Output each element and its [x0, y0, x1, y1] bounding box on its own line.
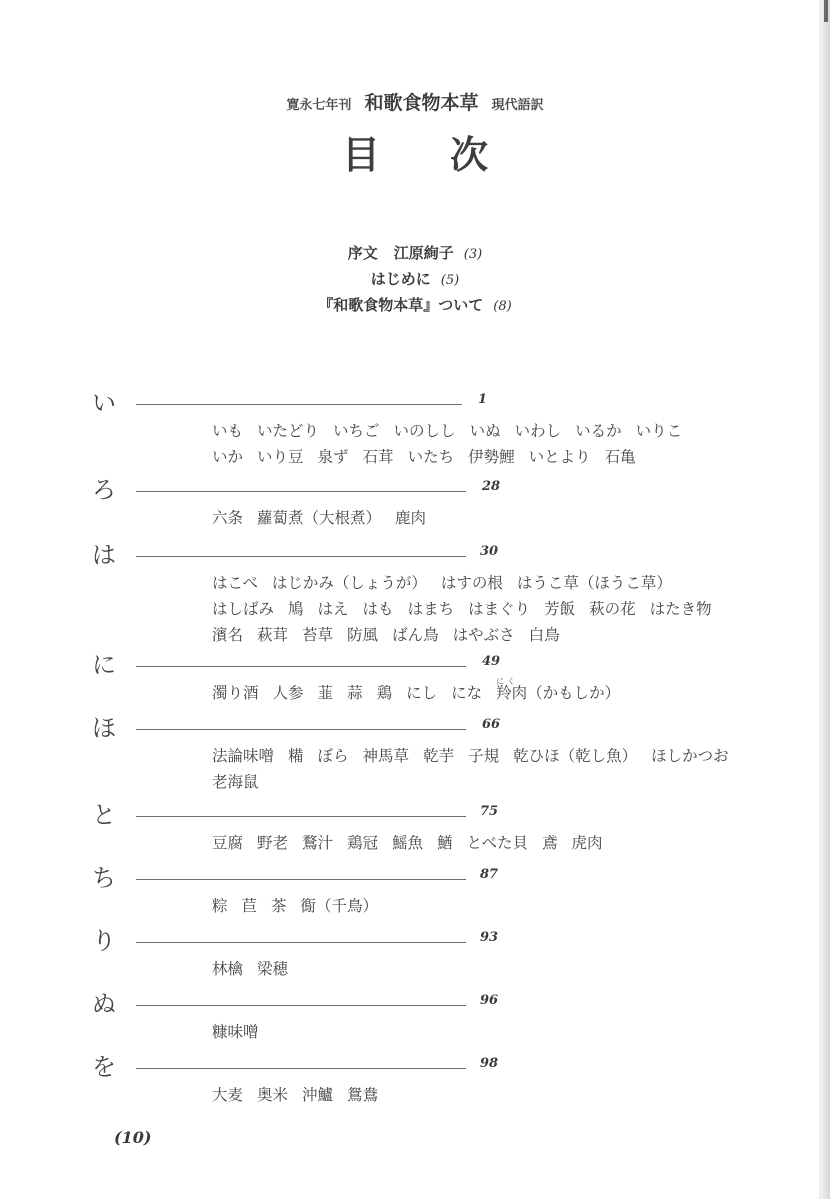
section-page-number[interactable]: 93 [480, 930, 498, 945]
food-item[interactable]: いたち [408, 444, 455, 470]
food-item[interactable]: 石亀 [605, 444, 636, 470]
item-line: はしばみ鳩はえはもはまちはまぐり芳飯萩の花はたき物 [212, 596, 792, 622]
section-page-number[interactable]: 98 [480, 1056, 498, 1071]
section-items: はこべはじかみ（しょうが）はすの根はうこ草（ほうこ草）はしばみ鳩はえはもはまちは… [212, 570, 792, 648]
front-matter-introduction[interactable]: はじめに(5) [0, 266, 830, 292]
food-item[interactable]: 苔草 [302, 622, 333, 648]
food-item[interactable]: いたどり [257, 418, 319, 444]
front-matter-page: (5) [441, 273, 459, 288]
food-item[interactable]: ほしかつお [651, 743, 729, 769]
food-item[interactable]: 神馬草 [363, 743, 410, 769]
leader-rule [136, 491, 466, 492]
food-item[interactable]: ぼら [318, 743, 349, 769]
food-item[interactable]: 蘿蔔煮（大根煮） [257, 505, 381, 531]
item-line: 大麦奥米沖鱸鴛鴦 [212, 1082, 792, 1108]
food-item[interactable]: 老海鼠 [212, 769, 259, 795]
food-item[interactable]: 子規 [468, 743, 499, 769]
food-item[interactable]: 粽 [212, 893, 228, 919]
food-item[interactable]: 白鳥 [529, 622, 560, 648]
section-page-number[interactable]: 30 [480, 544, 498, 559]
leader-rule [136, 942, 466, 943]
food-item[interactable]: 韮 [318, 680, 334, 706]
leader-rule [136, 1005, 466, 1006]
leader-rule [136, 729, 466, 730]
front-matter-page: (3) [464, 247, 482, 262]
front-matter-preface[interactable]: 序文江原絢子(3) [0, 240, 830, 266]
food-item[interactable]: はうこ草（ほうこ草） [517, 570, 672, 596]
food-item[interactable]: いわし [515, 418, 562, 444]
leader-rule [136, 816, 466, 817]
food-item[interactable]: 梁穂 [257, 956, 288, 982]
section-kana-heading: り [92, 926, 116, 956]
section-items: 法論味噌糒ぼら神馬草乾芋子規乾ひほ（乾し魚）ほしかつお老海鼠 [212, 743, 792, 795]
food-item[interactable]: 濱名 [212, 622, 243, 648]
section-page-number[interactable]: 66 [482, 717, 500, 732]
food-item[interactable]: 鰌 [437, 830, 453, 856]
food-item[interactable]: 鳶 [542, 830, 558, 856]
food-item[interactable]: 鶏 [377, 680, 393, 706]
item-line: 濁り酒人参韮蒜鶏にしになにく羚肉（かもしか） [212, 680, 792, 706]
item-line: いもいたどりいちごいのししいぬいわしいるかいりこ [212, 418, 792, 444]
food-item[interactable]: いちご [333, 418, 380, 444]
item-line: 老海鼠 [212, 769, 792, 795]
food-item[interactable]: いり豆 [257, 444, 304, 470]
section-kana-heading: は [92, 540, 116, 570]
food-item[interactable]: 鶏冠 [347, 830, 378, 856]
food-item[interactable]: はたき物 [650, 596, 712, 622]
section-kana-heading: に [92, 650, 116, 680]
page-edge-mark [824, 0, 828, 22]
book-title: 和歌食物本草 [364, 92, 478, 114]
food-item[interactable]: 萩の花 [589, 596, 636, 622]
section-kana-heading: ほ [92, 713, 116, 743]
food-item[interactable]: 鵆（千鳥） [301, 893, 379, 919]
food-item[interactable]: にな [451, 680, 482, 706]
section-items: 粽苣茶鵆（千鳥） [212, 893, 792, 919]
leader-rule [136, 666, 466, 667]
food-item[interactable]: 鶩汁 [302, 830, 333, 856]
front-matter-about-book[interactable]: 『和歌食物本草』ついて(8) [0, 292, 830, 318]
section-page-number[interactable]: 49 [482, 654, 500, 669]
food-item[interactable]: 防風 [347, 622, 378, 648]
food-item[interactable]: 乾芋 [423, 743, 454, 769]
food-item[interactable]: にし [406, 680, 437, 706]
section-items: 六条蘿蔔煮（大根煮）鹿肉 [212, 505, 792, 531]
food-item[interactable]: いるか [575, 418, 622, 444]
front-matter-author: 江原絢子 [394, 244, 454, 262]
running-header: 寛永七年刊 和歌食物本草 現代語訳 [0, 88, 830, 115]
leader-rule [136, 879, 466, 880]
food-item[interactable]: 泉ず [318, 444, 349, 470]
food-item[interactable]: 鰩魚 [392, 830, 423, 856]
food-item[interactable]: 野老 [257, 830, 288, 856]
food-item[interactable]: 苣 [242, 893, 258, 919]
food-item[interactable]: はしばみ [212, 596, 274, 622]
food-item[interactable]: 芳飯 [544, 596, 575, 622]
leader-rule [136, 404, 462, 405]
front-matter-list: 序文江原絢子(3) はじめに(5) 『和歌食物本草』ついて(8) [0, 240, 830, 318]
page-edge-shadow [819, 0, 830, 1199]
front-matter-page: (8) [493, 299, 511, 314]
food-item[interactable]: 糒 [288, 743, 304, 769]
food-item[interactable]: 鳩 [288, 596, 304, 622]
section-kana-heading: ぬ [92, 989, 116, 1019]
front-matter-label: はじめに [371, 270, 431, 288]
front-matter-label: 『和歌食物本草』ついて [318, 296, 483, 314]
food-item[interactable]: はこべ [212, 570, 258, 596]
item-line: 粽苣茶鵆（千鳥） [212, 893, 792, 919]
front-matter-label: 序文 [348, 244, 378, 262]
ruby-reading: にく [496, 669, 518, 695]
food-item[interactable]: 鹿肉 [395, 505, 426, 531]
food-item[interactable]: 乾ひほ（乾し魚） [513, 743, 637, 769]
food-item[interactable]: いりこ [636, 418, 683, 444]
food-item[interactable]: 虎肉 [572, 830, 603, 856]
leader-rule [136, 556, 466, 557]
food-item[interactable]: はやぶさ [453, 622, 515, 648]
ruby-word: にく羚肉（かもしか） [496, 680, 620, 706]
subtitle-label: 現代語訳 [492, 98, 544, 113]
food-item[interactable]: はすの根 [441, 570, 503, 596]
food-item[interactable]: 糠味噌 [212, 1019, 259, 1045]
food-item[interactable]: 濁り酒 [212, 680, 259, 706]
food-item[interactable]: いとより [529, 444, 591, 470]
food-item[interactable]: 伊勢鯉 [468, 444, 515, 470]
page-number: (10) [114, 1128, 151, 1147]
section-kana-heading: と [92, 800, 116, 830]
food-item[interactable]: 茶 [271, 893, 287, 919]
section-items: 糠味噌 [212, 1019, 792, 1045]
food-item[interactable]: 奥米 [257, 1082, 288, 1108]
food-item[interactable]: いか [212, 444, 243, 470]
section-items: 林檎梁穂 [212, 956, 792, 982]
food-item[interactable]: はも [363, 596, 394, 622]
item-line: 豆腐野老鶩汁鶏冠鰩魚鰌とべた貝鳶虎肉 [212, 830, 792, 856]
food-item[interactable]: 沖鱸 [302, 1082, 333, 1108]
leader-rule [136, 1068, 466, 1069]
item-line: 糠味噌 [212, 1019, 792, 1045]
food-item[interactable]: とべた貝 [467, 830, 528, 856]
food-item[interactable]: 人参 [273, 680, 304, 706]
food-item[interactable]: 石茸 [363, 444, 394, 470]
food-item[interactable]: 萩茸 [257, 622, 288, 648]
section-page-number[interactable]: 96 [480, 993, 498, 1008]
item-line: はこべはじかみ（しょうが）はすの根はうこ草（ほうこ草） [212, 570, 792, 596]
section-items: 豆腐野老鶩汁鶏冠鰩魚鰌とべた貝鳶虎肉 [212, 830, 792, 856]
section-kana-heading: を [92, 1052, 116, 1082]
item-line: 法論味噌糒ぼら神馬草乾芋子規乾ひほ（乾し魚）ほしかつお [212, 743, 792, 769]
item-line: いかいり豆泉ず石茸いたち伊勢鯉いとより石亀 [212, 444, 792, 470]
section-items: いもいたどりいちごいのししいぬいわしいるかいりこいかいり豆泉ず石茸いたち伊勢鯉い… [212, 418, 792, 470]
item-line: 林檎梁穂 [212, 956, 792, 982]
food-item[interactable]: 豆腐 [212, 830, 243, 856]
food-item[interactable]: はまち [408, 596, 455, 622]
food-item[interactable]: 六条 [212, 505, 243, 531]
food-item[interactable]: はえ [318, 596, 349, 622]
section-page-number[interactable]: 1 [478, 392, 487, 407]
food-item[interactable]: いぬ [470, 418, 501, 444]
food-item[interactable]: 鴛鴦 [347, 1082, 378, 1108]
page-title: 目次 [0, 124, 830, 179]
section-items: 大麦奥米沖鱸鴛鴦 [212, 1082, 792, 1108]
section-page-number[interactable]: 28 [482, 479, 500, 494]
section-kana-heading: ろ [92, 475, 116, 505]
section-kana-heading: ち [92, 863, 116, 893]
food-item[interactable]: いのしし [394, 418, 456, 444]
food-item[interactable]: にく羚肉（かもしか） [496, 680, 620, 706]
item-line: 六条蘿蔔煮（大根煮）鹿肉 [212, 505, 792, 531]
food-item[interactable]: はまぐり [468, 596, 530, 622]
food-item[interactable]: ばん鳥 [392, 622, 439, 648]
section-page-number[interactable]: 87 [480, 867, 498, 882]
food-item[interactable]: はじかみ（しょうが） [272, 570, 427, 596]
food-item[interactable]: 林檎 [212, 956, 243, 982]
food-item[interactable]: 大麦 [212, 1082, 243, 1108]
section-items: 濁り酒人参韮蒜鶏にしになにく羚肉（かもしか） [212, 680, 792, 706]
item-line: 濱名萩茸苔草防風ばん鳥はやぶさ白鳥 [212, 622, 792, 648]
edition-label: 寛永七年刊 [286, 98, 351, 113]
food-item[interactable]: 蒜 [347, 680, 363, 706]
section-page-number[interactable]: 75 [480, 804, 498, 819]
food-item[interactable]: 法論味噌 [212, 743, 274, 769]
food-item[interactable]: いも [212, 418, 243, 444]
section-kana-heading: い [92, 388, 116, 418]
